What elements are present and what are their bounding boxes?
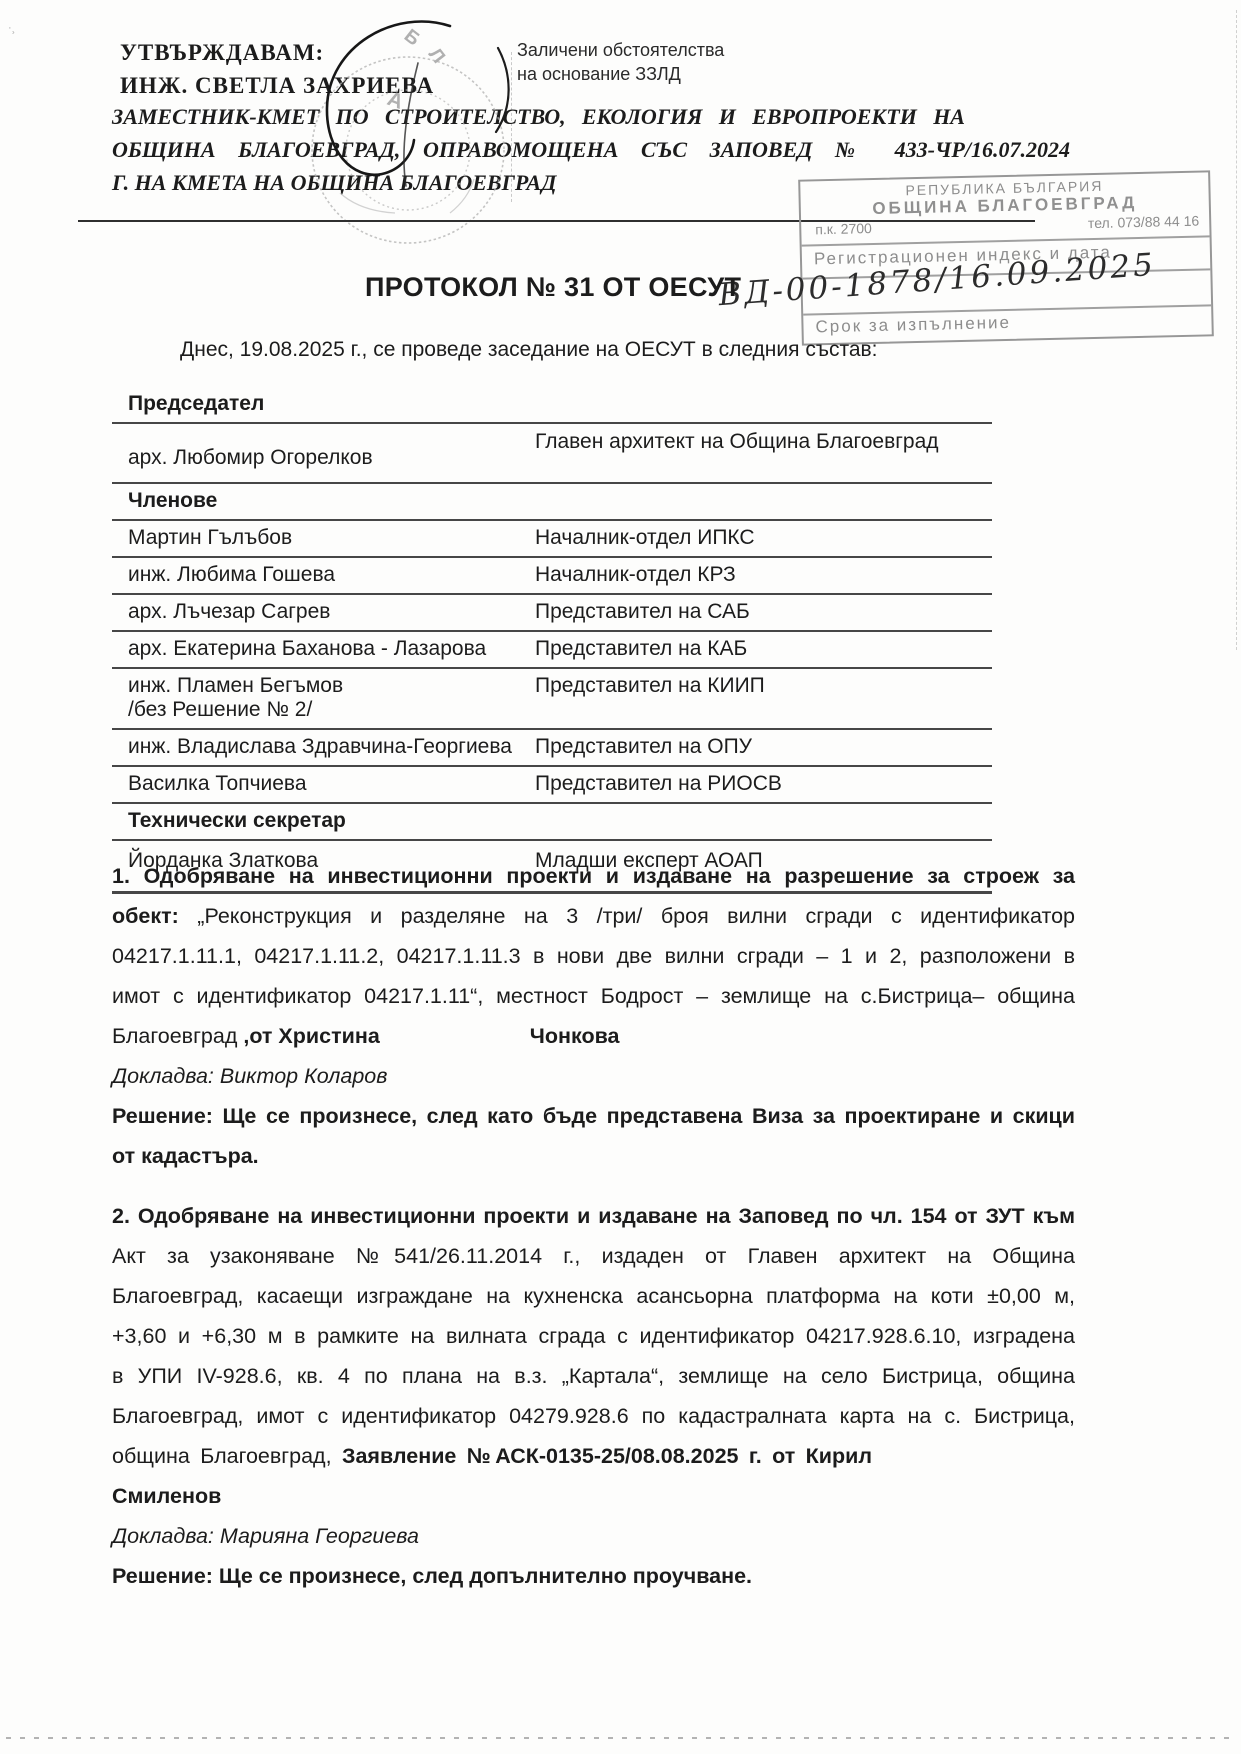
scan-speck: ·¸	[8, 22, 15, 34]
agenda-text-bold: Решение: Ще се произнесе, след като бъде…	[112, 1104, 1075, 1128]
protocol-title: ПРОТОКОЛ № 31 ОТ ОЕСУТ	[365, 272, 741, 303]
committee-member-row: арх. Екатерина Баханова - ЛазароваПредст…	[112, 632, 992, 669]
member-role: Представител на РИОСВ	[535, 767, 992, 802]
agenda-text-bold: Чонкова	[530, 1024, 620, 1048]
agenda-item-2: 2. Одобряване на инвестиционни проекти и…	[112, 1196, 1075, 1596]
agenda-text-bold: Заявление №АСК-0135-25/08.08.2025 г. от …	[342, 1444, 872, 1468]
member-name: арх. Лъчезар Сагрев	[112, 595, 535, 630]
member-role: Представител на САБ	[535, 595, 992, 630]
agenda-text-bold: 1. Одобряване на инвестиционни проекти и…	[112, 864, 1075, 888]
committee-section-label: Технически секретар	[112, 804, 346, 839]
scan-edge-artifact	[6, 1737, 1234, 1739]
agenda-line: Благоевград, имот с идентификатор 04279.…	[112, 1396, 1075, 1436]
member-name: арх. Любомир Огорелков	[112, 424, 535, 482]
member-name: Василка Топчиева	[112, 767, 535, 802]
committee-member-row: инж. Пламен Бегъмов/без Решение № 2/Пред…	[112, 669, 992, 730]
agenda-text: имот с идентификатор 04217.1.11“, местно…	[112, 984, 1075, 1008]
member-name-note: /без Решение № 2/	[128, 698, 535, 722]
agenda-text: Благоевград	[112, 1024, 243, 1048]
intro-line: Днес, 19.08.2025 г., се проведе заседани…	[180, 338, 878, 362]
agenda-line: Докладва: Виктор Коларов	[112, 1056, 1075, 1096]
member-name: инж. Владислава Здравчина-Георгиева	[112, 730, 535, 765]
agenda-item-1: 1. Одобряване на инвестиционни проекти и…	[112, 856, 1075, 1176]
approver-name: ИНЖ. СВЕТЛА ЗАХРИЕВА	[120, 69, 434, 102]
agenda-text: в УПИ IV-928.6, кв. 4 по плана на в.з. „…	[112, 1364, 1075, 1388]
agenda-line: 1. Одобряване на инвестиционни проекти и…	[112, 856, 1075, 896]
agenda-line: Благоевград ,от ХристинаЧонкова	[112, 1016, 1075, 1056]
committee-member-row: арх. Лъчезар СагревПредставител на САБ	[112, 595, 992, 632]
agenda-line: имот с идентификатор 04217.1.11“, местно…	[112, 976, 1075, 1016]
agenda-text-bold: ,от Христина	[243, 1024, 379, 1048]
redaction-note-line2: на основание ЗЗЛД	[517, 62, 724, 86]
committee-section-label: Председател	[112, 387, 264, 422]
agenda-text: Благоевград, имот с идентификатор 04279.…	[112, 1404, 1075, 1428]
agenda-text: 04217.1.11.1, 04217.1.11.2, 04217.1.11.3…	[112, 944, 1075, 968]
agenda-text-bold: обект:	[112, 904, 197, 928]
agenda-text: Акт за узаконяване №541/26.11.2014 г., и…	[112, 1244, 1075, 1268]
committee-member-row: Мартин ГълъбовНачалник-отдел ИПКС	[112, 521, 992, 558]
agenda-line: Акт за узаконяване №541/26.11.2014 г., и…	[112, 1236, 1075, 1276]
agenda-text-bold: Решение: Ще се произнесе, след допълните…	[112, 1564, 752, 1588]
scanned-protocol-page: УТВЪРЖДАВАМ: ИНЖ. СВЕТЛА ЗАХРИЕВА Заличе…	[0, 0, 1241, 1754]
agenda-line: Докладва: Марияна Георгиева	[112, 1516, 1075, 1556]
committee-member-row: инж. Любима ГошеваНачалник-отдел КРЗ	[112, 558, 992, 595]
agenda-text: „Реконструкция и разделяне на 3 /три/ бр…	[197, 904, 1075, 928]
agenda-line: Благоевград, касаещи изграждане на кухне…	[112, 1276, 1075, 1316]
member-name: Мартин Гълъбов	[112, 521, 535, 556]
committee-section-row: Технически секретар	[112, 804, 992, 841]
agenda-line: обект: „Реконструкция и разделяне на 3 /…	[112, 896, 1075, 936]
member-name: инж. Любима Гошева	[112, 558, 535, 593]
member-name: инж. Пламен Бегъмов/без Решение № 2/	[112, 669, 535, 728]
agenda-text: Благоевград, касаещи изграждане на кухне…	[112, 1284, 1075, 1308]
agenda-line: Решение: Ще се произнесе, след допълните…	[112, 1556, 1075, 1596]
agenda-line: Смиленов	[112, 1476, 1075, 1516]
committee-member-row: инж. Владислава Здравчина-ГеоргиеваПредс…	[112, 730, 992, 767]
deputy-title-line: ЗАМЕСТНИК-КМЕТ ПО СТРОИТЕЛСТВО, ЕКОЛОГИЯ…	[112, 100, 965, 133]
agenda-line: 04217.1.11.1, 04217.1.11.2, 04217.1.11.3…	[112, 936, 1075, 976]
agenda-line: +3,60 и +6,30 м в рамките на вилната сгр…	[112, 1316, 1075, 1356]
approval-block: УТВЪРЖДАВАМ: ИНЖ. СВЕТЛА ЗАХРИЕВА	[120, 36, 434, 102]
committee-table: Председателарх. Любомир ОгорелковГлавен …	[112, 387, 992, 894]
stamp-header-row: РЕПУБЛИКА БЪЛГАРИЯ ОБЩИНА БЛАГОЕВГРАД п.…	[800, 172, 1209, 246]
member-role: Представител на КАБ	[535, 632, 992, 667]
member-role: Представител на КИИП	[535, 669, 992, 728]
committee-section-row: Членове	[112, 484, 992, 521]
deputy-title-line: ОБЩИНА БЛАГОЕВГРАД, ОПРАВОМОЩЕНА СЪС ЗАП…	[112, 133, 1070, 166]
approval-heading: УТВЪРЖДАВАМ:	[120, 36, 434, 69]
agenda-line: 2. Одобряване на инвестиционни проекти и…	[112, 1196, 1075, 1236]
member-role: Началник-отдел ИПКС	[535, 521, 992, 556]
stamp-postcode: п.к. 2700	[815, 220, 872, 237]
redaction-note-line1: Заличени обстоятелства	[517, 38, 724, 62]
scan-edge-artifact	[1236, 10, 1237, 650]
committee-member-row: арх. Любомир ОгорелковГлавен архитект на…	[112, 424, 992, 484]
agenda-line: Решение: Ще се произнесе, след като бъде…	[112, 1096, 1075, 1136]
agenda-line: от кадастъра.	[112, 1136, 1075, 1176]
agenda-text: +3,60 и +6,30 м в рамките на вилната сгр…	[112, 1324, 1075, 1348]
stamp-phone: тел. 073/88 44 16	[1088, 213, 1200, 232]
agenda-text-bold: 2. Одобряване на инвестиционни проекти и…	[112, 1204, 1075, 1228]
redaction-note: Заличени обстоятелства на основание ЗЗЛД	[517, 38, 724, 86]
committee-section-label: Членове	[112, 484, 217, 519]
agenda-text-bold: от кадастъра.	[112, 1144, 259, 1168]
agenda-text-bold: Смиленов	[112, 1484, 221, 1508]
agenda-line: в УПИ IV-928.6, кв. 4 по плана на в.з. „…	[112, 1356, 1075, 1396]
member-role: Главен архитект на Община Благоевград	[535, 424, 992, 482]
committee-section-row: Председател	[112, 387, 992, 424]
member-role: Началник-отдел КРЗ	[535, 558, 992, 593]
committee-member-row: Василка ТопчиеваПредставител на РИОСВ	[112, 767, 992, 804]
agenda-text-italic: Докладва: Виктор Коларов	[112, 1064, 388, 1088]
agenda-text-italic: Докладва: Марияна Георгиева	[112, 1524, 419, 1548]
agenda-text: община Благоевград,	[112, 1444, 342, 1468]
member-role: Представител на ОПУ	[535, 730, 992, 765]
agenda-line: община Благоевград, Заявление №АСК-0135-…	[112, 1436, 872, 1476]
member-name: арх. Екатерина Баханова - Лазарова	[112, 632, 535, 667]
